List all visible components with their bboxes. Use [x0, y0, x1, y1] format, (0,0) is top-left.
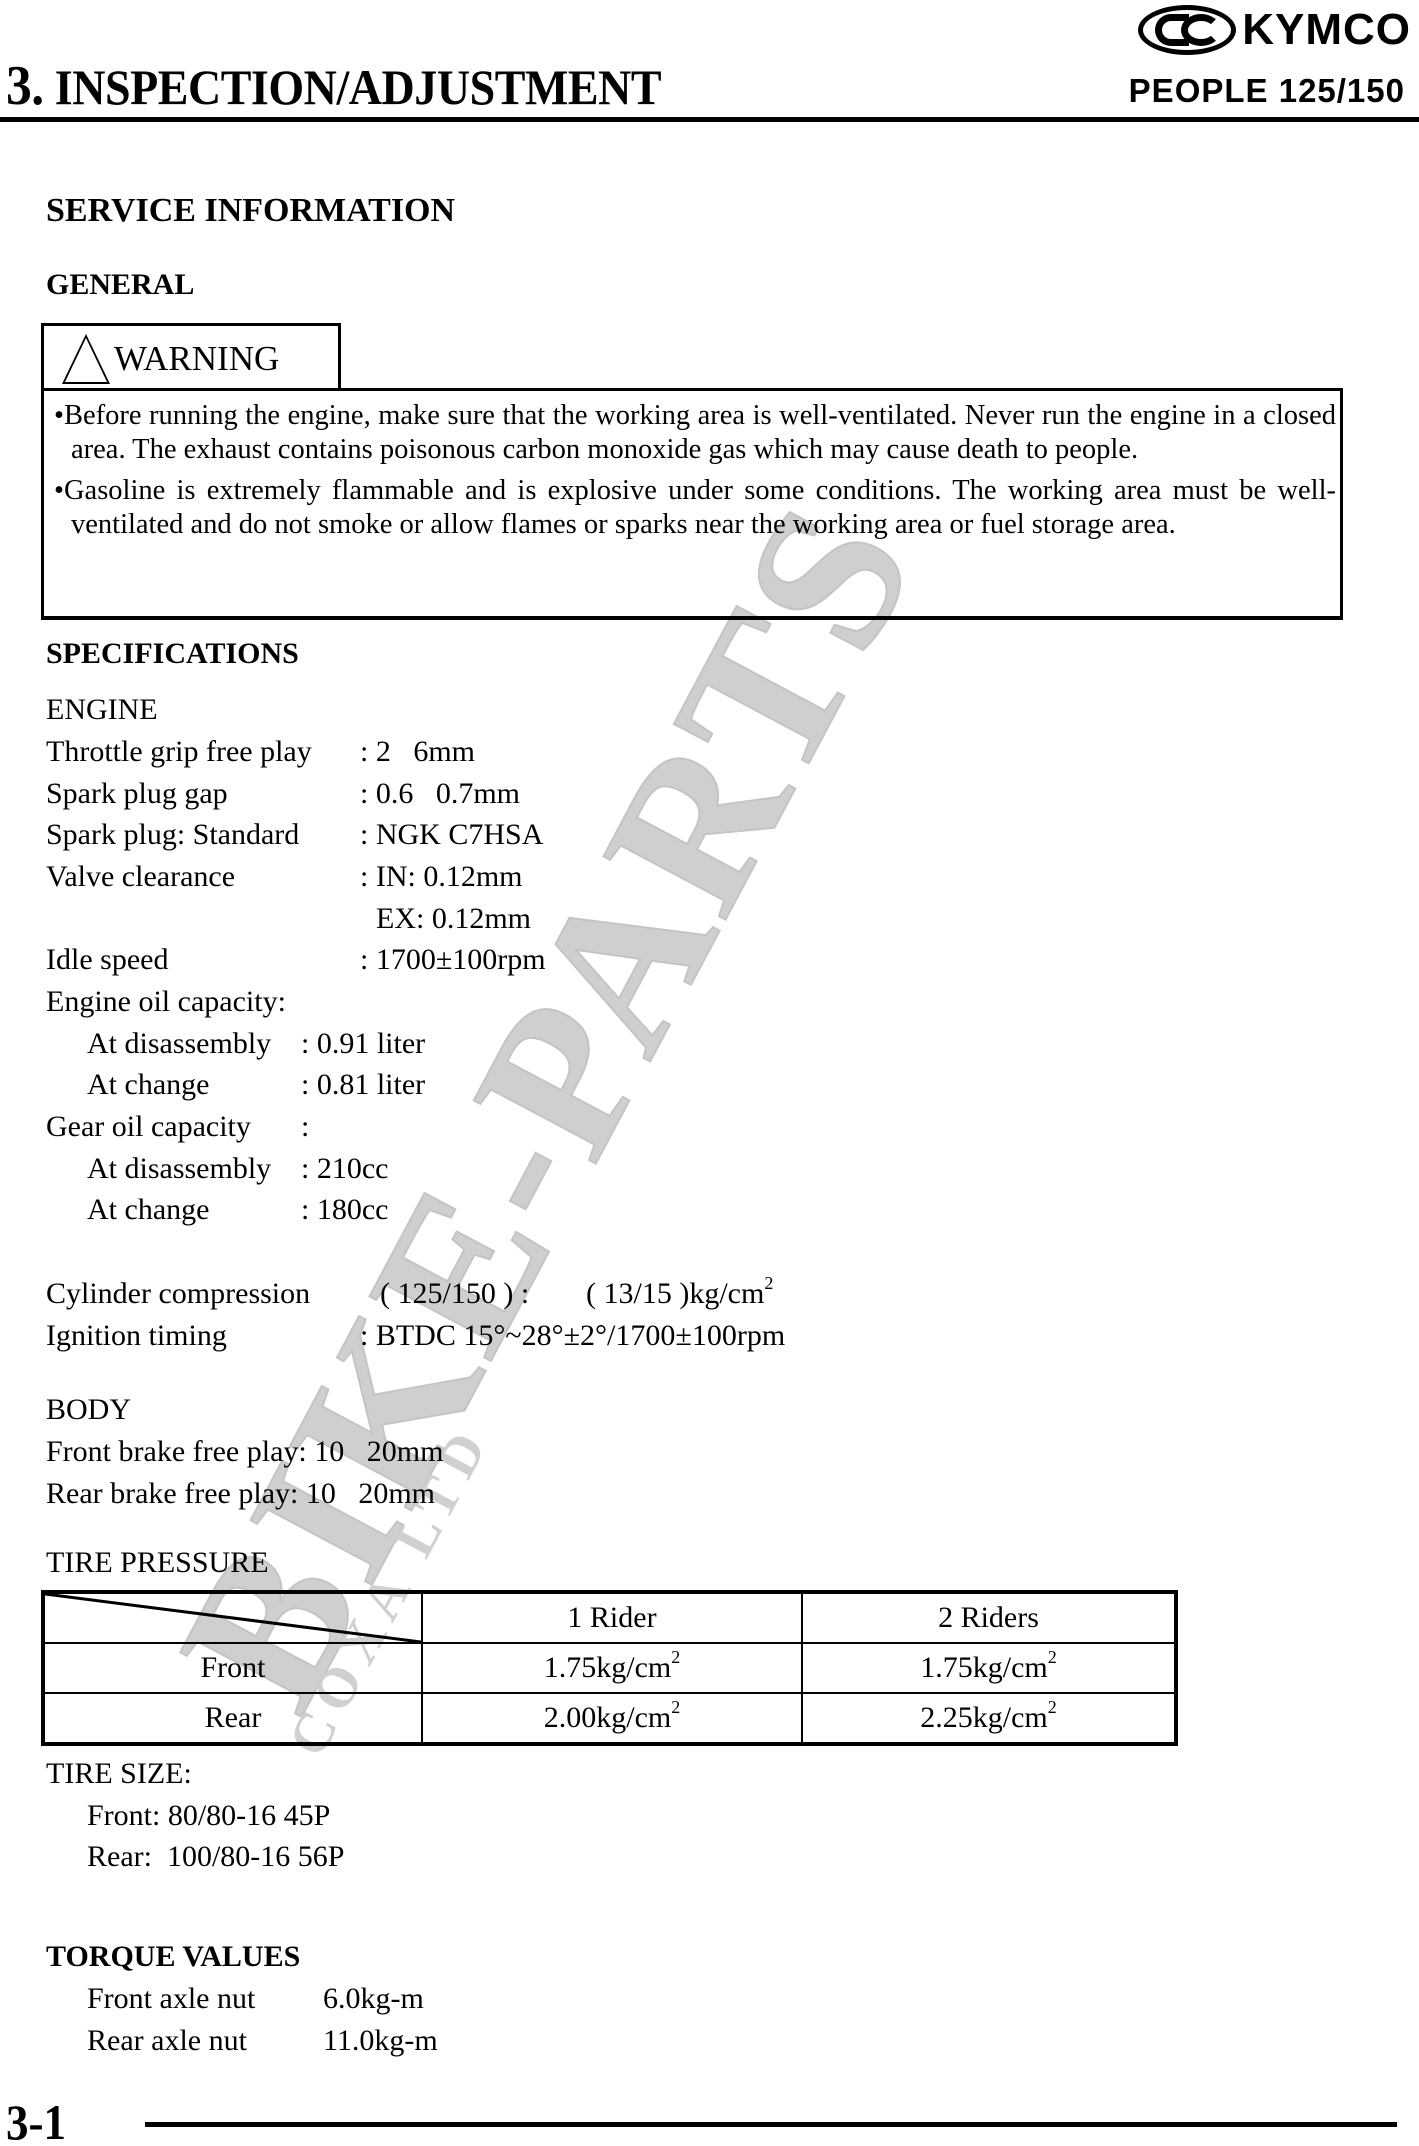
warning-box: •Before running the engine, make sure th… [41, 388, 1343, 620]
table-cell: 2.00kg/cm2 [422, 1693, 802, 1744]
section-title-service-information: SERVICE INFORMATION [46, 192, 455, 230]
table-corner-cell [43, 1592, 422, 1643]
engine-heading: ENGINE [46, 693, 158, 727]
table-header-row: 1 Rider 2 Riders [43, 1592, 1176, 1643]
torque-values-heading: TORQUE VALUES [46, 1940, 300, 1974]
warning-label: WARNING [41, 323, 341, 391]
table-row-label: Rear [43, 1693, 422, 1744]
brand-logo: KYMCO [1138, 4, 1411, 56]
body-heading: BODY [46, 1393, 131, 1427]
page-number: 3-1 [6, 2093, 66, 2146]
table-row: Front 1.75kg/cm2 1.75kg/cm2 [43, 1643, 1176, 1693]
spec-row: Throttle grip free play: 2 6mm [46, 735, 475, 769]
warning-label-text: WARNING [114, 339, 279, 379]
spec-row: At disassembly: 210cc [87, 1152, 388, 1186]
spec-row: Spark plug: Standard: NGK C7HSA [46, 818, 543, 852]
table-header-cell: 1 Rider [422, 1592, 802, 1643]
section-title-specifications: SPECIFICATIONS [46, 637, 299, 671]
brand-name: KYMCO [1242, 5, 1411, 55]
table-cell: 1.75kg/cm2 [802, 1643, 1176, 1693]
model-name: PEOPLE 125/150 [1129, 72, 1405, 110]
spec-row: Front axle nut6.0kg-m [87, 1982, 424, 2016]
engine-oil-heading: Engine oil capacity: [46, 985, 286, 1019]
spec-row: Front brake free play: 10 20mm [46, 1435, 443, 1469]
section-title-general: GENERAL [46, 268, 194, 302]
chapter-title: 3. INSPECTION/ADJUSTMENT [6, 54, 661, 118]
chapter-title-text: INSPECTION/ADJUSTMENT [55, 59, 661, 115]
table-header-cell: 2 Riders [802, 1592, 1176, 1643]
table-row: Rear 2.00kg/cm2 2.25kg/cm2 [43, 1693, 1176, 1744]
table-cell: 2.25kg/cm2 [802, 1693, 1176, 1744]
spec-row: At change: 180cc [87, 1193, 388, 1227]
tire-pressure-heading: TIRE PRESSURE [46, 1546, 269, 1580]
spec-row: EX: 0.12mm [46, 902, 531, 936]
cylinder-compression-row: Cylinder compression( 125/150 ) :( 13/15… [46, 1277, 773, 1311]
warning-item: •Before running the engine, make sure th… [54, 399, 1336, 466]
chapter-number: 3. [6, 55, 44, 117]
warning-item: •Gasoline is extremely flammable and is … [54, 474, 1336, 541]
gear-oil-heading: Gear oil capacity: [46, 1110, 309, 1144]
ignition-timing-row: Ignition timing: BTDC 15°~28°±2°/1700±10… [46, 1319, 785, 1353]
footer-divider [145, 2122, 1397, 2127]
spec-row: At disassembly: 0.91 liter [87, 1027, 425, 1061]
kymco-emblem-icon [1138, 5, 1236, 55]
header-divider [0, 117, 1419, 122]
table-row-label: Front [43, 1643, 422, 1693]
spec-row: Rear: 100/80-16 56P [87, 1840, 345, 1874]
table-cell: 1.75kg/cm2 [422, 1643, 802, 1693]
spec-row: Rear brake free play: 10 20mm [46, 1477, 435, 1511]
spec-row: At change: 0.81 liter [87, 1068, 425, 1102]
diagonal-line [45, 1594, 421, 1642]
tire-pressure-table: 1 Rider 2 Riders Front 1.75kg/cm2 1.75kg… [41, 1590, 1178, 1746]
spec-row: Front: 80/80-16 45P [87, 1799, 330, 1833]
spec-row: Spark plug gap: 0.6 0.7mm [46, 777, 520, 811]
spec-row: Rear axle nut11.0kg-m [87, 2024, 438, 2058]
tire-size-heading: TIRE SIZE: [46, 1757, 192, 1791]
spec-row: Valve clearance: IN: 0.12mm [46, 860, 523, 894]
warning-triangle-icon [62, 334, 110, 384]
spec-row: Idle speed: 1700±100rpm [46, 943, 546, 977]
